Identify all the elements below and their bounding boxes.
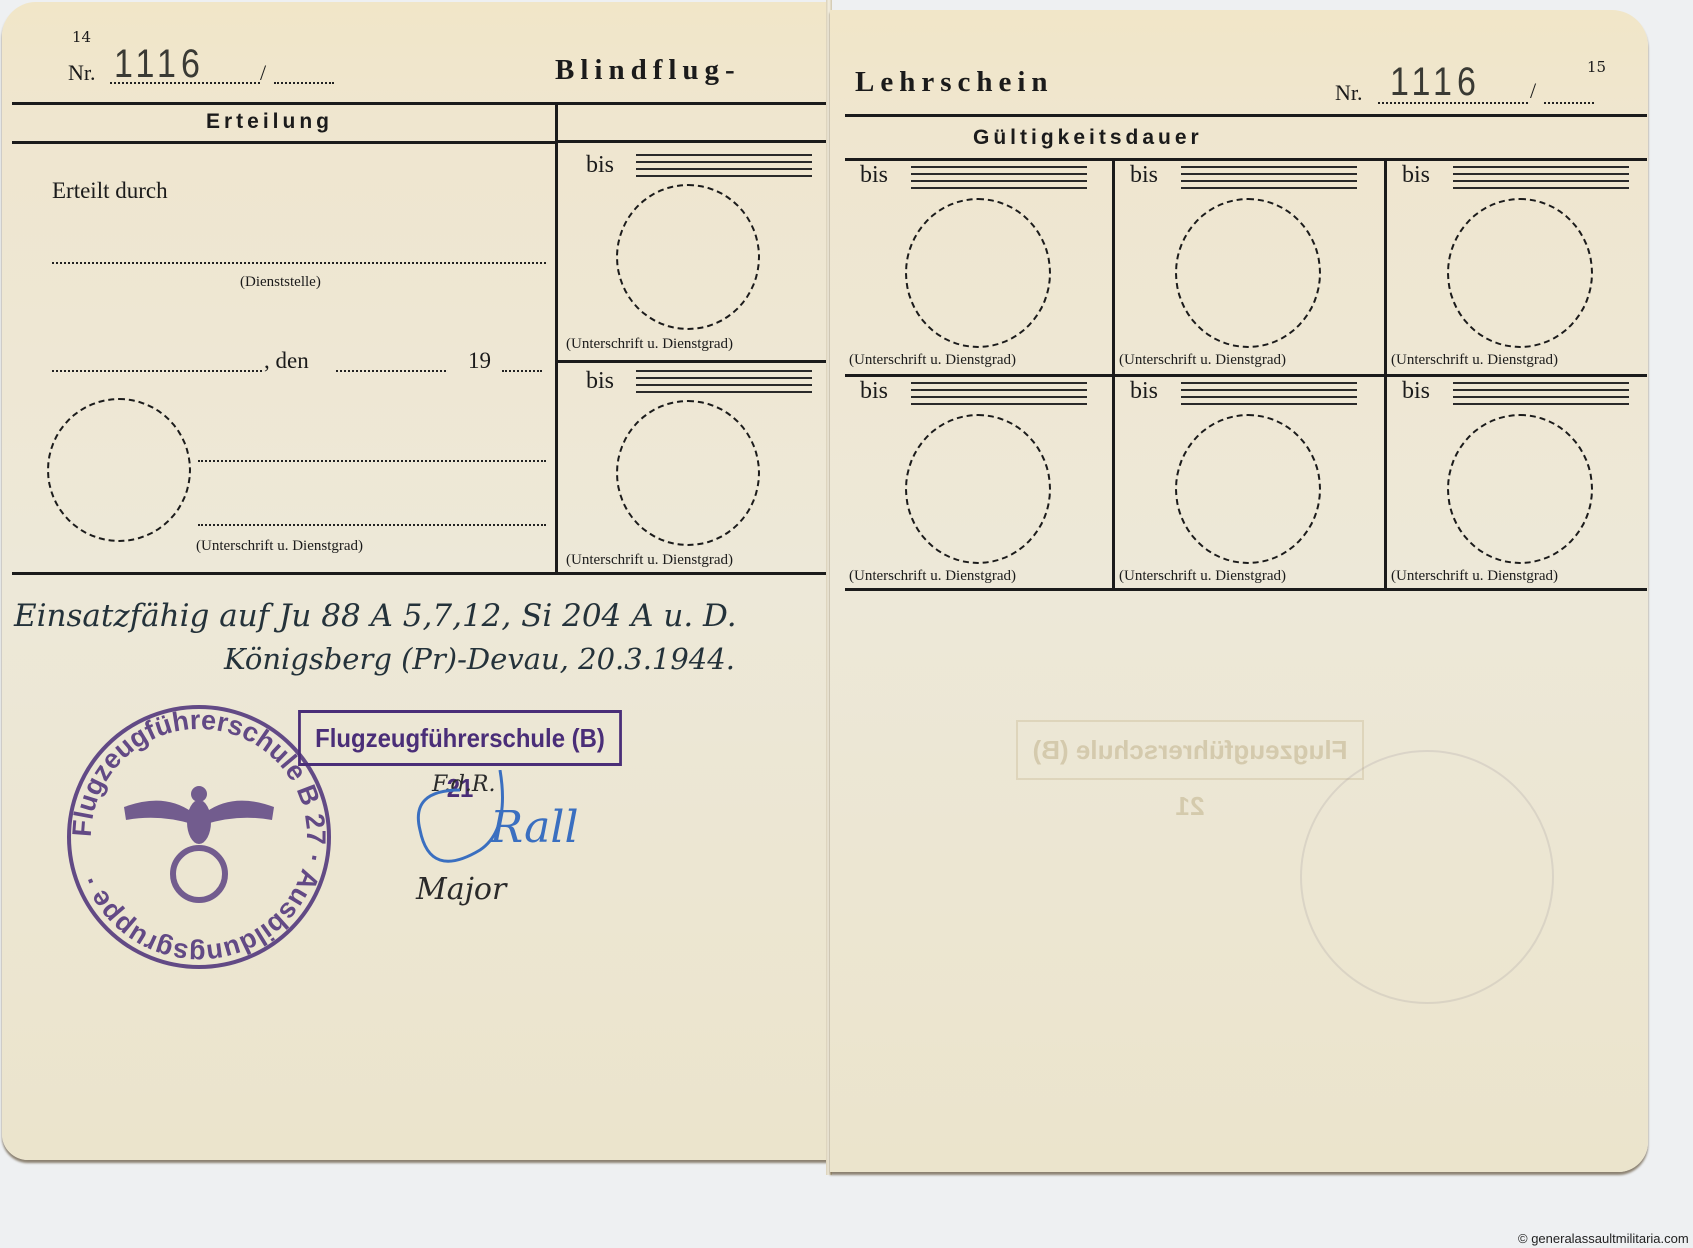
date-den-label: , den [264, 348, 309, 374]
signature-caption: (Unterschrift u. Dienstgrad) [196, 538, 363, 555]
signature-caption: (Unterschrift u. Dienstgrad) [849, 352, 1016, 369]
bis-label: bis [1130, 378, 1158, 405]
bottom-rule [845, 588, 1647, 591]
signature-caption: (Unterschrift u. Dienstgrad) [1119, 352, 1286, 369]
seal-circle [616, 184, 760, 330]
erteilt-durch-label: Erteilt durch [52, 178, 168, 204]
year-field[interactable] [502, 370, 542, 372]
copyright-notice: © generalassaultmilitaria.com [1518, 1231, 1689, 1246]
dienststelle-field[interactable] [52, 262, 546, 264]
school-stamp: Flugzeugführerschule (B) 21 [298, 710, 622, 766]
seal-circle [616, 400, 760, 546]
place-field[interactable] [52, 370, 262, 372]
nr-suffix-line [274, 82, 334, 84]
right-page: Lehrschein Nr. 1116 / 15 Gültigkeitsdaue… [830, 10, 1648, 1172]
bis-date-lines[interactable] [911, 166, 1087, 192]
bis-label: bis [1402, 162, 1430, 189]
signature-caption: (Unterschrift u. Dienstgrad) [1119, 568, 1286, 585]
column-divider [1384, 160, 1387, 588]
nr-separator: / [1530, 78, 1536, 104]
license-number: 1116 [114, 42, 205, 87]
ghost-round-stamp [1300, 750, 1554, 1004]
signature-caption: (Unterschrift u. Dienstgrad) [1391, 568, 1558, 585]
nr-separator: / [260, 60, 266, 86]
nr-dotted-line [1378, 102, 1528, 104]
signature-caption: (Unterschrift u. Dienstgrad) [566, 336, 733, 353]
ghost-stamp-offset: Flugzeugführerschule (B) 21 [1016, 720, 1364, 780]
rank-line[interactable] [198, 524, 546, 526]
bis-date-lines[interactable] [1453, 382, 1629, 408]
seal-circle [905, 414, 1051, 564]
section-heading-erteilung: Erteilung [206, 110, 333, 134]
signature-caption: (Unterschrift u. Dienstgrad) [566, 552, 733, 569]
nr-suffix-line [1544, 102, 1594, 104]
nr-dotted-line [110, 82, 260, 84]
handwritten-qualification: Einsatzfähig auf Ju 88 A 5,7,12, Si 204 … [14, 598, 737, 634]
document-title-part1: Blindflug- [555, 54, 741, 87]
signature-line[interactable] [198, 460, 546, 462]
seal-circle [1175, 198, 1321, 348]
top-rule [845, 114, 1647, 117]
section-heading-gueltigkeitsdauer: Gültigkeitsdauer [973, 126, 1203, 150]
bis-label: bis [1130, 162, 1158, 189]
bis-label: bis [586, 368, 614, 395]
seal-circle [47, 398, 191, 542]
bis-label: bis [1402, 378, 1430, 405]
bis-date-lines[interactable] [911, 382, 1087, 408]
year-prefix: 19 [468, 348, 491, 374]
page-number: 14 [72, 28, 91, 46]
signature-caption: (Unterschrift u. Dienstgrad) [1391, 352, 1558, 369]
bottom-rule [12, 572, 828, 575]
dienststelle-caption: (Dienststelle) [240, 274, 321, 291]
bis-date-lines[interactable] [636, 154, 812, 180]
bis-date-lines[interactable] [1181, 382, 1357, 408]
signature-caption: (Unterschrift u. Dienstgrad) [849, 568, 1016, 585]
seal-circle [1447, 198, 1593, 348]
bis-label: bis [860, 162, 888, 189]
cell-top-rule [558, 140, 828, 143]
row-divider-rule [845, 374, 1647, 377]
bis-label: bis [860, 378, 888, 405]
seal-circle [1175, 414, 1321, 564]
left-page: 14 Nr. 1116 / Blindflug- Erteilung Ertei… [2, 2, 828, 1160]
document-title-part2: Lehrschein [855, 66, 1054, 99]
bis-label: bis [586, 152, 614, 179]
handwritten-place-date: Königsberg (Pr)-Devau, 20.3.1944. [224, 642, 735, 676]
nr-label: Nr. [1335, 80, 1363, 106]
bis-date-lines[interactable] [1181, 166, 1357, 192]
bis-date-lines[interactable] [636, 370, 812, 396]
license-number: 1116 [1390, 60, 1481, 105]
seal-circle [905, 198, 1051, 348]
cell-divider-rule [558, 360, 828, 363]
bis-date-lines[interactable] [1453, 166, 1629, 192]
seal-circle [1447, 414, 1593, 564]
column-divider [555, 104, 558, 574]
signature-rank: Major [416, 872, 506, 907]
eagle-emblem-icon [124, 786, 274, 900]
heading-rule [12, 141, 556, 144]
column-divider [1112, 160, 1115, 588]
nr-label: Nr. [68, 60, 96, 86]
top-rule [12, 102, 828, 105]
heading-rule [845, 158, 1647, 161]
date-field[interactable] [336, 370, 446, 372]
signature-name: Rall [490, 802, 579, 853]
round-stamp: Flugzeugführerschule B 27 · Ausbildungsg… [64, 702, 334, 972]
page-number: 15 [1587, 58, 1606, 76]
